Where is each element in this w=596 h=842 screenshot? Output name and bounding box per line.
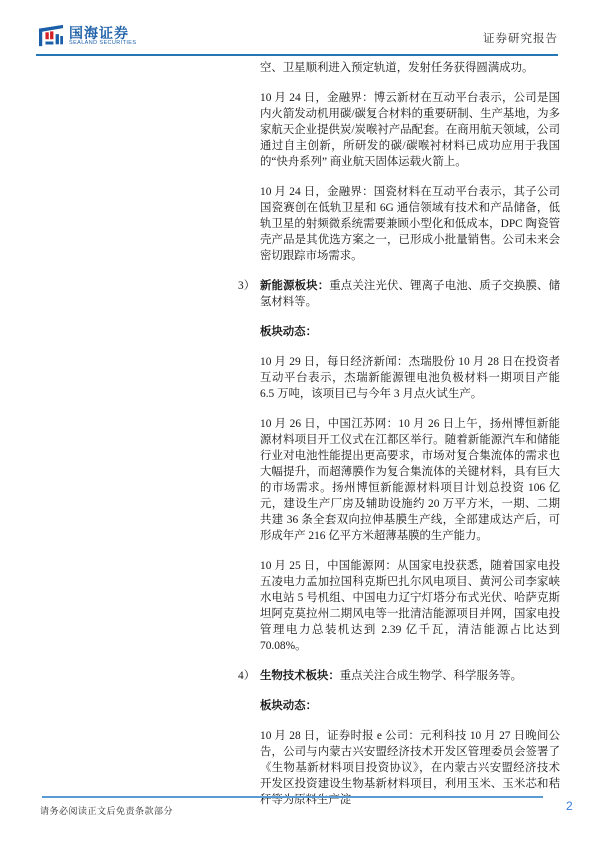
paragraph-news: 10 月 24 日，金融界：博云新材在互动平台表示，公司是国内火箭发动机用碳/碳… xyxy=(238,90,560,170)
list-item-new-energy: 3）新能源板块：重点关注光伏、锂离子电池、质子交换膜、储氢材料等。 xyxy=(238,278,560,310)
list-item-biotech: 4）生物技术板块：重点关注合成生物学、科学服务等。 xyxy=(238,668,560,684)
footer-rule xyxy=(42,796,543,798)
list-item-marker: 4） xyxy=(238,668,260,684)
header-rule xyxy=(36,54,558,56)
sealand-logo: 国海证券 SEALAND SECURITIES xyxy=(38,24,136,48)
sealand-logo-icon xyxy=(38,24,64,48)
list-item-text: 重点关注合成生物学、科学服务等。 xyxy=(340,670,522,682)
paragraph-news: 10 月 29 日，每日经济新闻：杰瑞股份 10 月 28 日在投资者互动平台表… xyxy=(238,354,560,402)
section-subhead: 板块动态： xyxy=(238,698,560,714)
report-page: 国海证券 SEALAND SECURITIES 证券研究报告 空、卫星顺利进入预… xyxy=(0,0,596,842)
logo-company-name: 国海证券 xyxy=(69,26,136,40)
page-number: 2 xyxy=(566,799,573,813)
paragraph-continuation: 空、卫星顺利进入预定轨道，发射任务获得圆满成功。 xyxy=(238,60,560,76)
list-item-label: 生物技术板块： xyxy=(260,670,340,682)
page-header: 国海证券 SEALAND SECURITIES 证券研究报告 xyxy=(36,22,558,52)
logo-company-name-en: SEALAND SECURITIES xyxy=(69,40,136,47)
report-type-label: 证券研究报告 xyxy=(483,30,558,46)
logo-text: 国海证券 SEALAND SECURITIES xyxy=(69,26,136,47)
list-item-label: 新能源板块： xyxy=(260,280,329,292)
paragraph-news: 10 月 24 日，金融界：国瓷材料在互动平台表示，其子公司国瓷赛创在低轨卫星和… xyxy=(238,184,560,264)
paragraph-news: 10 月 26 日，中国江苏网：10 月 26 日上午，扬州博恒新能源材料项目开… xyxy=(238,416,560,544)
list-item-marker: 3） xyxy=(238,278,260,294)
section-subhead: 板块动态： xyxy=(238,324,560,340)
paragraph-news: 10 月 25 日，中国能源网：从国家电投获悉，随着国家电投五凌电力孟加拉国科克… xyxy=(238,558,560,654)
report-body: 空、卫星顺利进入预定轨道，发射任务获得圆满成功。 10 月 24 日，金融界：博… xyxy=(238,60,560,808)
footer-disclaimer: 请务必阅读正文后免责条款部分 xyxy=(40,804,173,817)
